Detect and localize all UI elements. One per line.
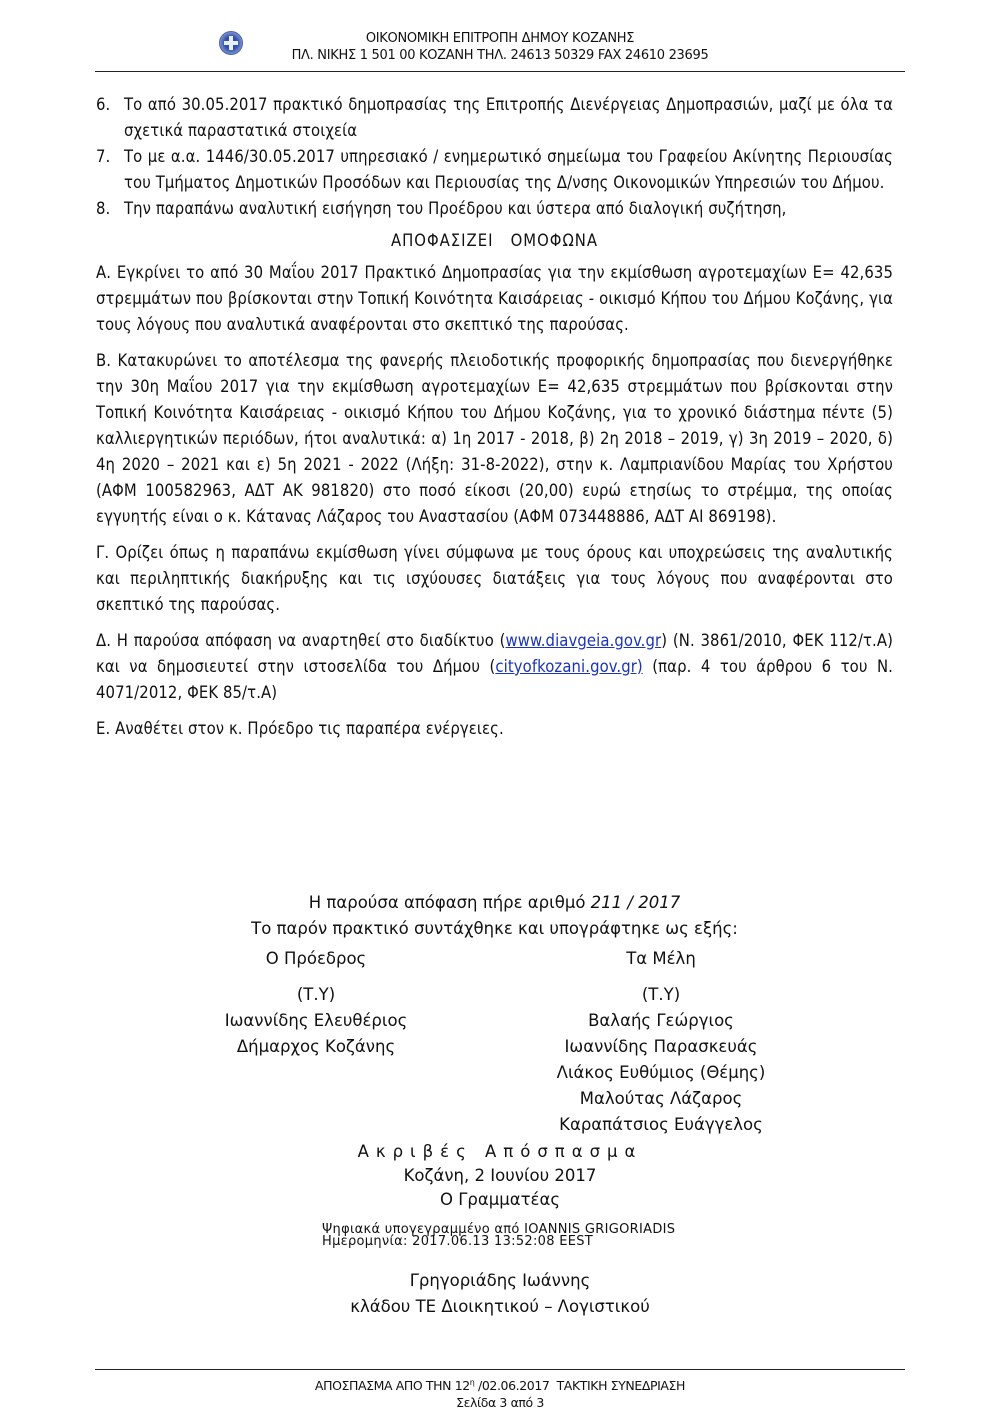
secretary-signature: Γρηγοριάδης Ιωάννης κλάδου ΤΕ Διοικητικο… (300, 1268, 700, 1320)
member-name: Βαλαής Γεώργιος (531, 1008, 791, 1034)
decision-b: Β. Κατακυρώνει το αποτέλεσμα της φανερής… (96, 348, 893, 530)
item-text: Το από 30.05.2017 πρακτικό δημοπρασίας τ… (124, 92, 893, 144)
greek-coat-of-arms-icon (219, 31, 243, 55)
decision-d: Δ. Η παρούσα απόφαση να αναρτηθεί στο δι… (96, 628, 893, 706)
item-text: Την παραπάνω αναλυτική εισήγηση του Προέ… (124, 196, 893, 222)
members-signature: Τα Μέλη (Τ.Υ) Βαλαής Γεώργιος Ιωαννίδης … (531, 946, 791, 1138)
decision-heading: ΑΠΟΦΑΣΙΖΕΙ ΟΜΟΦΩΝΑ (96, 228, 893, 254)
decision-number-line: Η παρούσα απόφαση πήρε αριθμό 211 / 2017 (96, 890, 893, 916)
secretary-role: Ο Γραμματέας (300, 1188, 700, 1212)
signed-mark: (Τ.Υ) (531, 982, 791, 1008)
secretary-name: Γρηγοριάδης Ιωάννης (300, 1268, 700, 1294)
secretary-title: κλάδου ΤΕ Διοικητικού – Λογιστικού (300, 1294, 700, 1320)
president-signature: Ο Πρόεδρος (Τ.Υ) Ιωαννίδης Ελευθέριος Δή… (136, 946, 496, 1138)
letterhead-title: ΟΙΚΟΝΟΜΙΚΗ ΕΠΙΤΡΟΠΗ ΔΗΜΟΥ ΚΟΖΑΝΗΣ (95, 30, 905, 47)
digital-signature[interactable]: Ψηφιακά υπογεγραμμένο από IOANNIS GRIGOR… (322, 1224, 675, 1248)
footer-session-suffix: /02.06.2017 ΤΑΚΤΙΚΗ ΣΥΝΕΔΡΙΑΣΗ (474, 1378, 685, 1393)
page-footer: ΑΠΟΣΠΑΣΜΑ ΑΠΟ ΤΗΝ 12η /02.06.2017 ΤΑΚΤΙΚ… (95, 1374, 905, 1411)
document-body: 6. Το από 30.05.2017 πρακτικό δημοπρασία… (96, 92, 893, 752)
letterhead: ΟΙΚΟΝΟΜΙΚΗ ΕΠΙΤΡΟΠΗ ΔΗΜΟΥ ΚΟΖΑΝΗΣ ΠΛ. ΝΙ… (95, 30, 905, 64)
members-role: Τα Μέλη (531, 946, 791, 972)
president-role: Ο Πρόεδρος (136, 946, 496, 972)
member-name: Ιωαννίδης Παρασκευάς (531, 1034, 791, 1060)
member-name: Καραπάτσιος Ευάγγελος (531, 1112, 791, 1138)
item-number: 7. (96, 144, 124, 196)
decision-e: Ε. Αναθέτει στον κ. Πρόεδρο τις παραπέρα… (96, 716, 893, 742)
signatory-name: Ιωαννίδης Ελευθέριος (136, 1008, 496, 1034)
item-number: 6. (96, 92, 124, 144)
item-text: Το με α.α. 1446/30.05.2017 υπηρεσιακό / … (124, 144, 893, 196)
member-name: Μαλούτας Λάζαρος (531, 1086, 791, 1112)
certified-extract: Ακριβές Απόσπασμα Κοζάνη, 2 Ιουνίου 2017… (300, 1140, 700, 1212)
cityofkozani-link[interactable]: cityofkozani.gov.gr) (495, 657, 642, 676)
extract-place-date: Κοζάνη, 2 Ιουνίου 2017 (300, 1164, 700, 1188)
decision-a: Α. Εγκρίνει το από 30 Μαΐου 2017 Πρακτικ… (96, 260, 893, 338)
drafted-line: Το παρόν πρακτικό συντάχθηκε και υπογράφ… (96, 916, 893, 942)
decision-d-text-1: Δ. Η παρούσα απόφαση να αναρτηθεί στο δι… (96, 631, 506, 650)
footer-session-prefix: ΑΠΟΣΠΑΣΜΑ ΑΠΟ ΤΗΝ 12 (315, 1378, 470, 1393)
member-name: Λιάκος Ευθύμιος (Θέμης) (531, 1060, 791, 1086)
footer-divider (95, 1369, 905, 1370)
signatures-block: Η παρούσα απόφαση πήρε αριθμό 211 / 2017… (96, 890, 893, 1138)
item-number: 8. (96, 196, 124, 222)
consideration-item: 6. Το από 30.05.2017 πρακτικό δημοπρασία… (96, 92, 893, 144)
diavgeia-link[interactable]: www.diavgeia.gov.gr (506, 631, 662, 650)
footer-session: ΑΠΟΣΠΑΣΜΑ ΑΠΟ ΤΗΝ 12η /02.06.2017 ΤΑΚΤΙΚ… (95, 1374, 905, 1394)
consideration-item: 8. Την παραπάνω αναλυτική εισήγηση του Π… (96, 196, 893, 222)
letterhead-address: ΠΛ. ΝΙΚΗΣ 1 501 00 ΚΟΖΑΝΗ ΤΗΛ. 24613 503… (95, 47, 905, 64)
header-divider (95, 71, 905, 72)
signed-mark: (Τ.Υ) (136, 982, 496, 1008)
decision-number-label: Η παρούσα απόφαση πήρε αριθμό (309, 893, 586, 912)
digital-signature-date: Ημερομηνία: 2017.06.13 13:52:08 EEST (322, 1236, 675, 1248)
decision-g: Γ. Ορίζει όπως η παραπάνω εκμίσθωση γίνε… (96, 540, 893, 618)
consideration-item: 7. Το με α.α. 1446/30.05.2017 υπηρεσιακό… (96, 144, 893, 196)
page-number: Σελίδα 3 από 3 (95, 1394, 905, 1411)
decision-number: 211 / 2017 (591, 893, 681, 912)
signatory-title: Δήμαρχος Κοζάνης (136, 1034, 496, 1060)
extract-title: Ακριβές Απόσπασμα (300, 1140, 700, 1164)
